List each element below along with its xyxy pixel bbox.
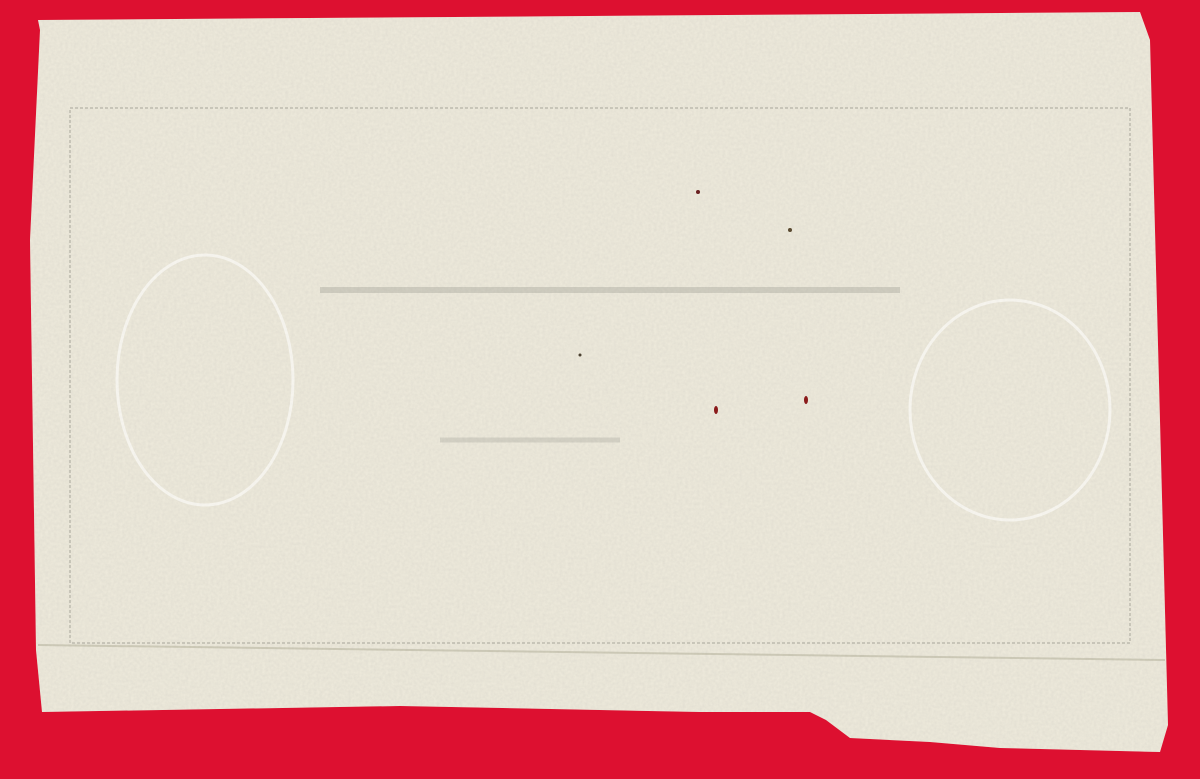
paper-note <box>0 0 1200 779</box>
